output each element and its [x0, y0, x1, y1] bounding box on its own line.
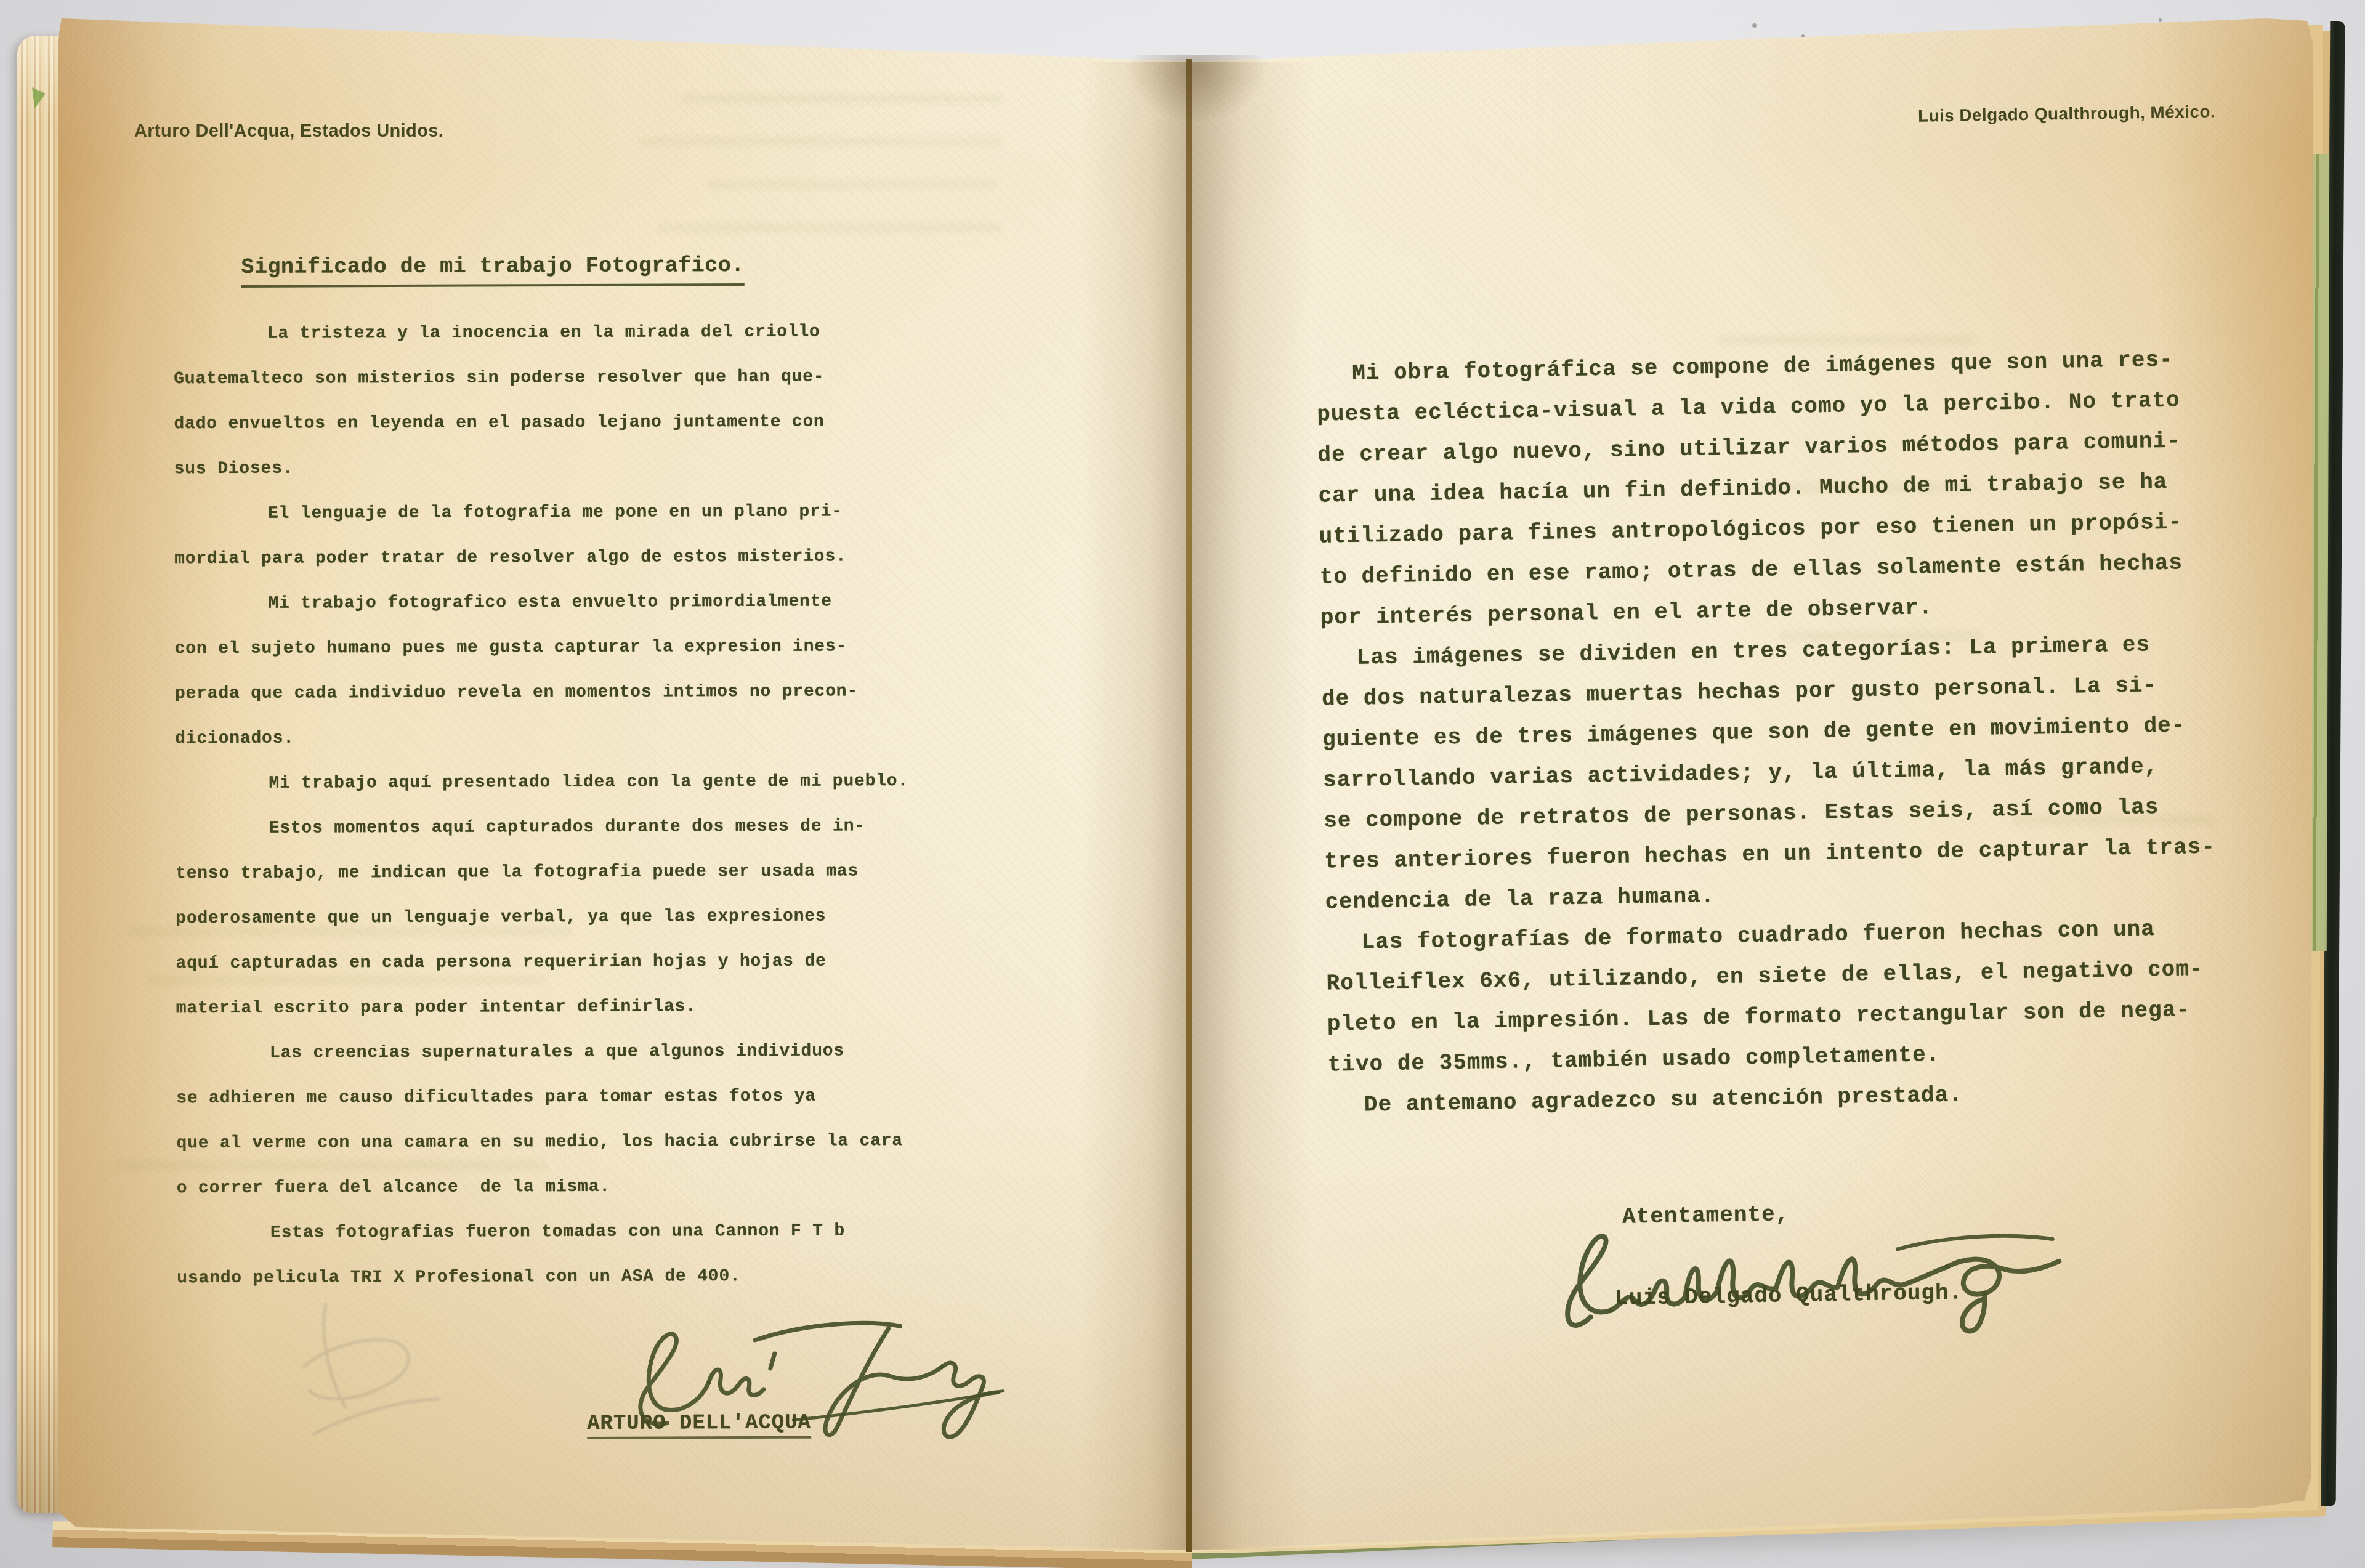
- open-book: Arturo Dell'Acqua, Estados Unidos. Luis …: [17, 15, 2342, 1553]
- photo-of-open-book: { "book": { "left_page": { "header": "Ar…: [0, 0, 2365, 1568]
